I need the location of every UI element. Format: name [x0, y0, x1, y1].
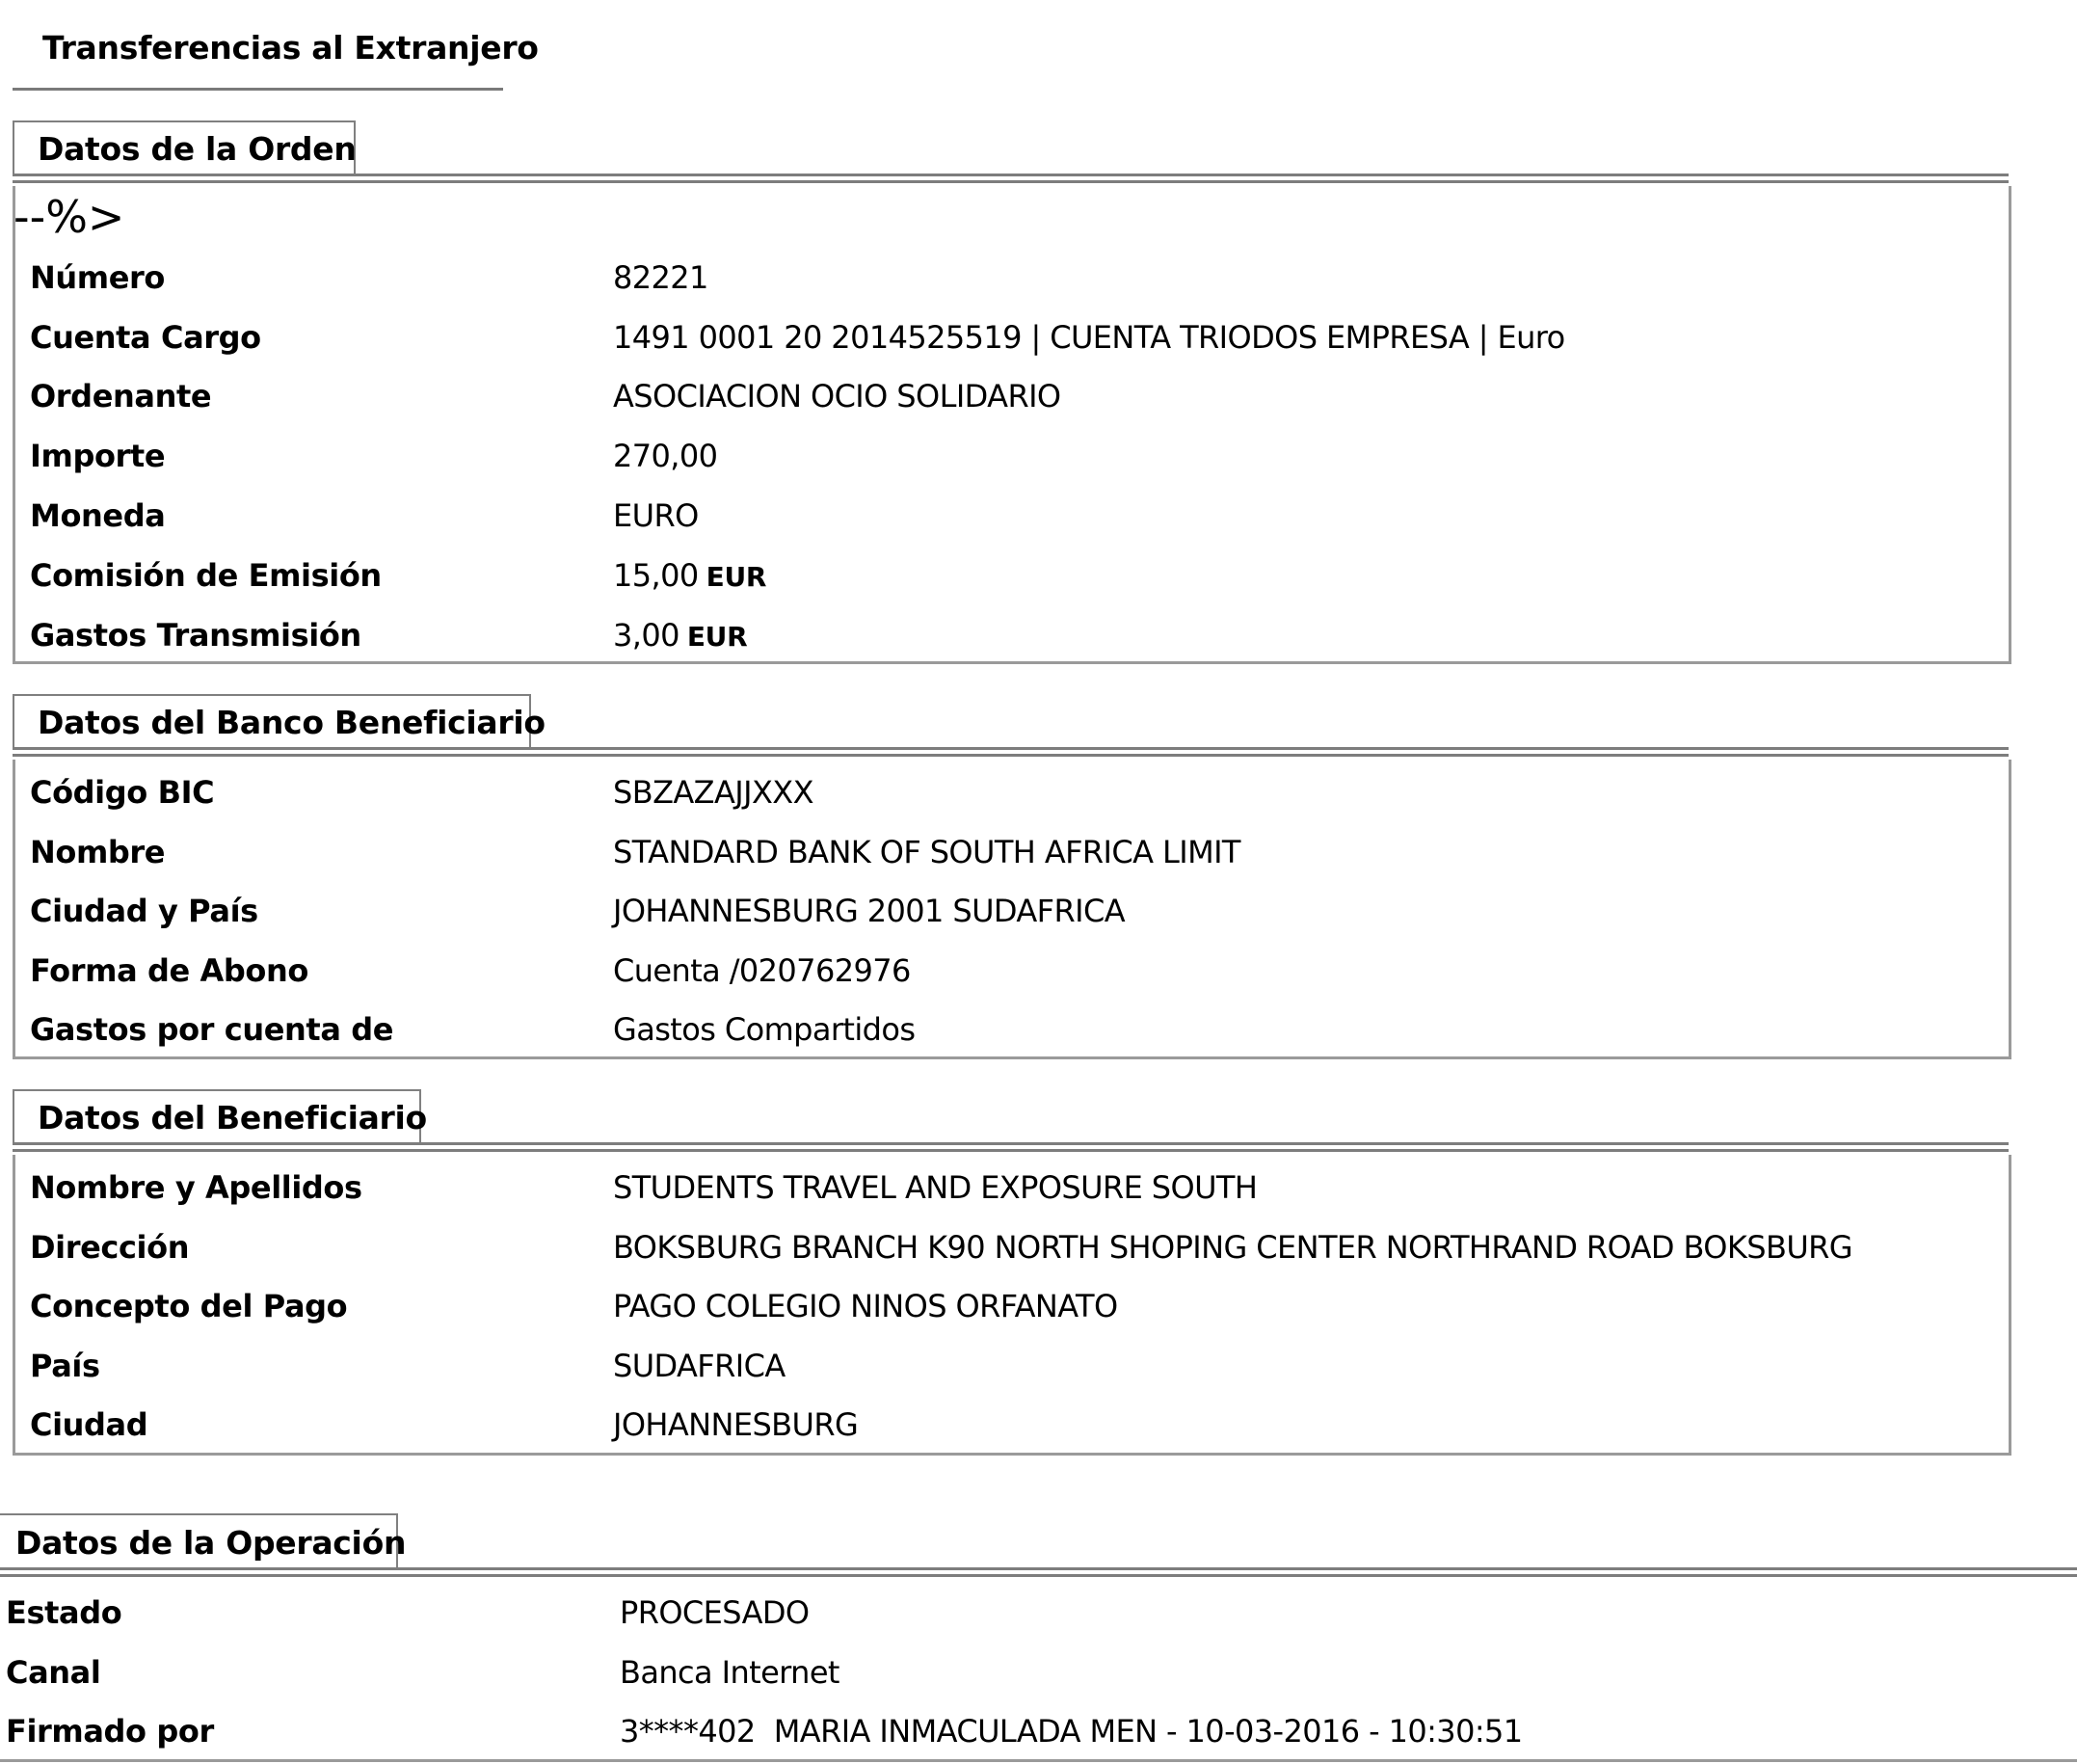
- section-rule: [13, 174, 2009, 176]
- field-label: Canal: [6, 1654, 100, 1691]
- section-tab-beneficiario: Datos del Beneficiario: [13, 1089, 421, 1144]
- field-label: Estado: [6, 1594, 121, 1631]
- table-row: Gastos por cuenta de Gastos Compartidos: [15, 1000, 2009, 1059]
- table-row: Firmado por 3****402 MARIA INMACULADA ME…: [0, 1701, 2077, 1761]
- section-tab-operacion: Datos de la Operación: [0, 1513, 398, 1569]
- field-value: 3,00EUR: [613, 617, 747, 654]
- field-label: Forma de Abono: [30, 952, 308, 989]
- section-tab-orden: Datos de la Orden: [13, 120, 356, 175]
- field-value: SUDAFRICA: [613, 1348, 786, 1384]
- field-label: Dirección: [30, 1229, 189, 1266]
- stray-markup-text: --%>: [13, 191, 124, 243]
- section-rule: [13, 1149, 2009, 1152]
- section-box-beneficiario: Nombre y Apellidos STUDENTS TRAVEL AND E…: [13, 1155, 2011, 1456]
- table-row: Ciudad y País JOHANNESBURG 2001 SUDAFRIC…: [15, 881, 2009, 941]
- section-box-banco: Código BIC SBZAZAJJXXX Nombre STANDARD B…: [13, 760, 2011, 1059]
- amount: 15,00: [613, 557, 699, 594]
- field-value: Gastos Compartidos: [613, 1011, 915, 1048]
- section-rule: [13, 1142, 2009, 1145]
- field-value: 270,00: [613, 438, 717, 474]
- section-rule: [0, 1567, 2077, 1570]
- table-row: Concepto del Pago PAGO COLEGIO NINOS ORF…: [15, 1276, 2009, 1336]
- table-row: Forma de Abono Cuenta /020762976: [15, 941, 2009, 1001]
- table-row: Canal Banca Internet: [0, 1643, 2077, 1702]
- field-label: Gastos por cuenta de: [30, 1011, 393, 1048]
- field-value: 1491 0001 20 2014525519 | CUENTA TRIODOS…: [613, 319, 1565, 356]
- table-row: Gastos Transmisión 3,00EUR: [15, 605, 2009, 665]
- field-value: JOHANNESBURG 2001 SUDAFRICA: [613, 893, 1125, 929]
- field-label: Ciudad y País: [30, 893, 258, 929]
- table-row: País SUDAFRICA: [15, 1336, 2009, 1396]
- field-label: Nombre y Apellidos: [30, 1169, 362, 1206]
- field-label: Importe: [30, 438, 165, 474]
- bottom-rule: [0, 1759, 2077, 1762]
- currency-code: EUR: [687, 621, 748, 653]
- title-underline: [13, 88, 503, 91]
- field-value: 3****402 MARIA INMACULADA MEN - 10-03-20…: [620, 1713, 1523, 1750]
- field-label: Comisión de Emisión: [30, 557, 382, 594]
- field-value: STANDARD BANK OF SOUTH AFRICA LIMIT: [613, 834, 1240, 870]
- field-label: Gastos Transmisión: [30, 617, 361, 654]
- table-row: Nombre STANDARD BANK OF SOUTH AFRICA LIM…: [15, 822, 2009, 882]
- table-row: Código BIC SBZAZAJJXXX: [15, 762, 2009, 822]
- field-value: PAGO COLEGIO NINOS ORFANATO: [613, 1288, 1118, 1324]
- field-label: Ciudad: [30, 1406, 147, 1443]
- section-box-orden: Número 82221 Cuenta Cargo 1491 0001 20 2…: [13, 186, 2011, 664]
- field-label: Código BIC: [30, 774, 214, 811]
- table-row: Estado PROCESADO: [0, 1583, 2077, 1643]
- field-label: Nombre: [30, 834, 165, 870]
- page-title: Transferencias al Extranjero: [42, 29, 539, 67]
- section-rule: [13, 754, 2009, 757]
- table-row: Moneda EURO: [15, 486, 2009, 546]
- table-row: Dirección BOKSBURG BRANCH K90 NORTH SHOP…: [15, 1217, 2009, 1277]
- section-rule: [13, 180, 2009, 183]
- field-value: BOKSBURG BRANCH K90 NORTH SHOPING CENTER…: [613, 1229, 1852, 1266]
- section-tab-banco: Datos del Banco Beneficiario: [13, 694, 531, 749]
- field-label: Moneda: [30, 497, 165, 534]
- table-row: Nombre y Apellidos STUDENTS TRAVEL AND E…: [15, 1158, 2009, 1217]
- table-row: Comisión de Emisión 15,00EUR: [15, 546, 2009, 605]
- section-body-operacion: Estado PROCESADO Canal Banca Internet Fi…: [0, 1581, 2077, 1764]
- field-label: País: [30, 1348, 100, 1384]
- table-row: Número 82221: [15, 248, 2009, 307]
- field-value: Banca Internet: [620, 1654, 839, 1691]
- table-row: Ordenante ASOCIACION OCIO SOLIDARIO: [15, 366, 2009, 426]
- field-label: Ordenante: [30, 378, 211, 414]
- section-rule: [0, 1574, 2077, 1577]
- field-value: STUDENTS TRAVEL AND EXPOSURE SOUTH: [613, 1169, 1257, 1206]
- field-value: JOHANNESBURG: [613, 1406, 858, 1443]
- field-value: SBZAZAJJXXX: [613, 774, 813, 811]
- table-row: Ciudad JOHANNESBURG: [15, 1395, 2009, 1455]
- amount: 3,00: [613, 617, 679, 654]
- field-value: 15,00EUR: [613, 557, 766, 594]
- field-value: ASOCIACION OCIO SOLIDARIO: [613, 378, 1061, 414]
- field-label: Número: [30, 259, 165, 296]
- field-label: Firmado por: [6, 1713, 214, 1750]
- field-value: EURO: [613, 497, 699, 534]
- table-row: Importe 270,00: [15, 426, 2009, 486]
- currency-code: EUR: [706, 561, 767, 593]
- field-label: Concepto del Pago: [30, 1288, 347, 1324]
- section-rule: [13, 747, 2009, 750]
- field-value: 82221: [613, 259, 708, 296]
- table-row: Cuenta Cargo 1491 0001 20 2014525519 | C…: [15, 307, 2009, 367]
- field-value: PROCESADO: [620, 1594, 810, 1631]
- field-value: Cuenta /020762976: [613, 952, 911, 989]
- field-label: Cuenta Cargo: [30, 319, 261, 356]
